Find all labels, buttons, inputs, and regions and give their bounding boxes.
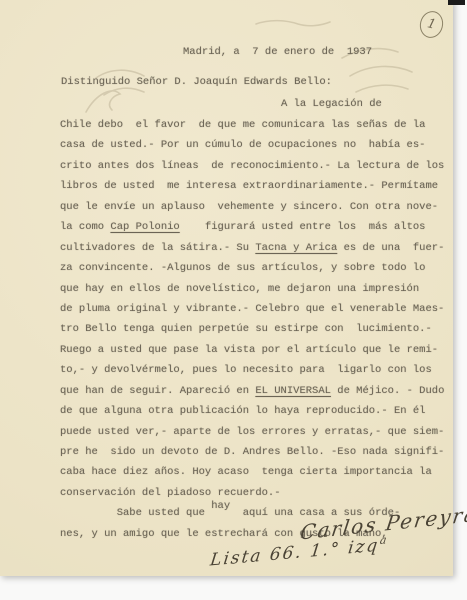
letter-line: pre he sido un devoto de D. Andres Bello… <box>60 446 452 466</box>
letter-line: libros de usted me interesa extraordinar… <box>60 180 452 200</box>
letter-body: Chile debo el favor de que me comunicara… <box>60 119 452 548</box>
line-text: figurará usted entre los más altos <box>180 221 426 233</box>
line-text: que han de seguir. Apareció en <box>60 385 255 397</box>
line-text: es de una fuer- <box>337 242 444 254</box>
letter-line: que han de seguir. Apareció en EL UNIVER… <box>60 385 452 405</box>
underlined-title: Tacna y Arica <box>255 242 337 254</box>
letter-line: caba hace diez años. Hoy acaso tenga cie… <box>60 466 452 486</box>
line-text: puede usted ver,- aparte de los errores … <box>60 426 444 438</box>
pencil-scribble <box>256 21 330 26</box>
underlined-title: EL UNIVERSAL <box>255 385 331 397</box>
pencil-scribble <box>356 85 408 92</box>
line-text: de pluma original y vibrante.- Celebro q… <box>60 303 444 315</box>
line-text: to,- y devolvérmelo, pues lo necesito pa… <box>60 364 432 376</box>
letter-line: Chile debo el favor de que me comunicara… <box>60 119 452 139</box>
address-intro-line: A la Legación de <box>281 98 382 110</box>
letter-line: za convincente. -Algunos de sus artículo… <box>60 262 452 282</box>
scan-corner-mark <box>448 0 465 5</box>
line-text: caba hace diez años. Hoy acaso tenga cie… <box>60 466 432 478</box>
letter-line: cultivadores de la sátira.- Su Tacna y A… <box>60 242 452 262</box>
letter-line: casa de usted.- Por un cúmulo de ocupaci… <box>60 139 452 159</box>
underlined-title: Cap Polonio <box>110 221 179 233</box>
letter-line: la como Cap Polonio figurará usted entre… <box>60 221 452 241</box>
line-text: pre he sido un devoto de D. Andres Bello… <box>60 446 444 458</box>
line-text: la como <box>60 221 110 233</box>
line-text: de Méjico. - Dudo <box>331 385 444 397</box>
page-number: 1 <box>426 16 438 33</box>
line-text: Ruego a usted que pase la vista por el a… <box>60 344 438 356</box>
line-text: conservación del piadoso recuerdo.- <box>60 487 281 499</box>
letter-paper: 1 Madrid, a 7 de enero de 1937 Distingui… <box>0 0 453 576</box>
line-text: Chile debo el favor de que me comunicara… <box>60 119 425 131</box>
letter-line: puede usted ver,- aparte de los errores … <box>60 426 452 446</box>
line-text: que hay en ellos de novelístico, me deja… <box>60 283 419 295</box>
letter-line: to,- y devolvérmelo, pues lo necesito pa… <box>60 364 452 384</box>
page-number-badge: 1 <box>417 9 446 41</box>
letter-line: conservación del piadoso recuerdo.- <box>60 487 452 507</box>
handwritten-address-superscript: a <box>379 533 389 547</box>
letter-line: que hay en ellos de novelístico, me deja… <box>60 283 452 303</box>
line-text: libros de usted me interesa extraordinar… <box>60 180 438 192</box>
letter-line: Ruego a usted que pase la vista por el a… <box>60 344 452 364</box>
letter-line: de pluma original y vibrante.- Celebro q… <box>60 303 452 323</box>
pencil-scribble <box>350 66 412 76</box>
line-text: za convincente. -Algunos de sus artículo… <box>60 262 425 274</box>
letter-line: de que alguna otra publicación lo haya r… <box>60 405 452 425</box>
pencil-scribble <box>86 91 120 112</box>
inserted-word: hay <box>211 500 230 512</box>
salutation-line: Distinguido Señor D. Joaquín Edwards Bel… <box>61 76 332 88</box>
letter-line: que le envíe un aplauso vehemente y sinc… <box>60 201 452 221</box>
date-line: Madrid, a 7 de enero de 1937 <box>183 46 372 58</box>
line-text: crito antes dos líneas de reconocimiento… <box>60 160 444 172</box>
line-text: Sabe usted que <box>60 507 211 519</box>
pencil-scribble <box>104 88 144 95</box>
line-text: que le envíe un aplauso vehemente y sinc… <box>60 201 438 213</box>
line-text: de que alguna otra publicación lo haya r… <box>60 405 425 417</box>
letter-line: crito antes dos líneas de reconocimiento… <box>60 160 452 180</box>
line-text: cultivadores de la sátira.- Su <box>60 242 255 254</box>
letter-line: tro Bello tenga quien perpetúe su estirp… <box>60 323 452 343</box>
line-text: casa de usted.- Por un cúmulo de ocupaci… <box>60 139 425 151</box>
line-text: tro Bello tenga quien perpetúe su estirp… <box>60 323 432 335</box>
